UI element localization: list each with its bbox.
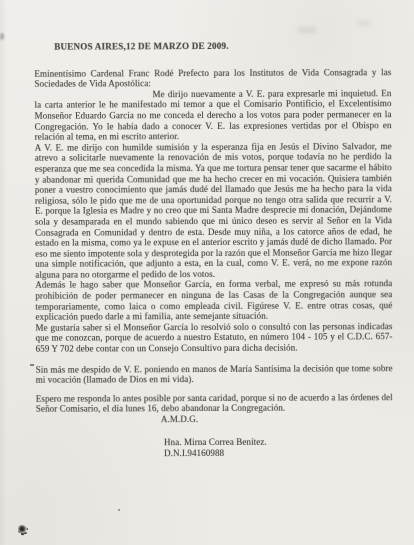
letter-date-line: BUENOS AIRES,12 DE MARZO DE 2009. [54,40,391,52]
scan-dot-artifact [118,509,120,511]
ink-blot-artifact [17,524,27,534]
paragraph-urgency: Espero me responda lo antes posible por … [36,392,393,415]
closing-acronym: A.M.D.G. [161,413,393,425]
signature-block: Hna. Mirna Correa Benítez. D.N.I.9416098… [164,436,393,460]
paragraph-introduction: Me dirijo nuevamente a V. E. para expres… [34,88,391,143]
paragraph-prohibition: Además le hago saber que Monseñor García… [35,279,392,323]
signature-dni: D.N.I.94160988 [164,447,393,459]
letter-addressee: Eminentísimo Cardenal Franc Rodé Prefect… [34,67,391,90]
paragraph-petition: A V. E. me dirijo con humilde sumisión y… [35,141,393,280]
signature-name: Hna. Mirna Correa Benítez. [164,436,393,448]
paragraph-farewell: Sin más me despido de V. E. poniendo en … [36,363,393,386]
scanned-letter-page: BUENOS AIRES,12 DE MARZO DE 2009. Eminen… [0,0,414,545]
paragraph-consultation-question: Me gustaría saber si el Monseñor García … [35,321,392,354]
letter-body: BUENOS AIRES,12 DE MARZO DE 2009. Eminen… [0,0,414,460]
letter-paragraphs: Me dirijo nuevamente a V. E. para expres… [34,88,392,415]
